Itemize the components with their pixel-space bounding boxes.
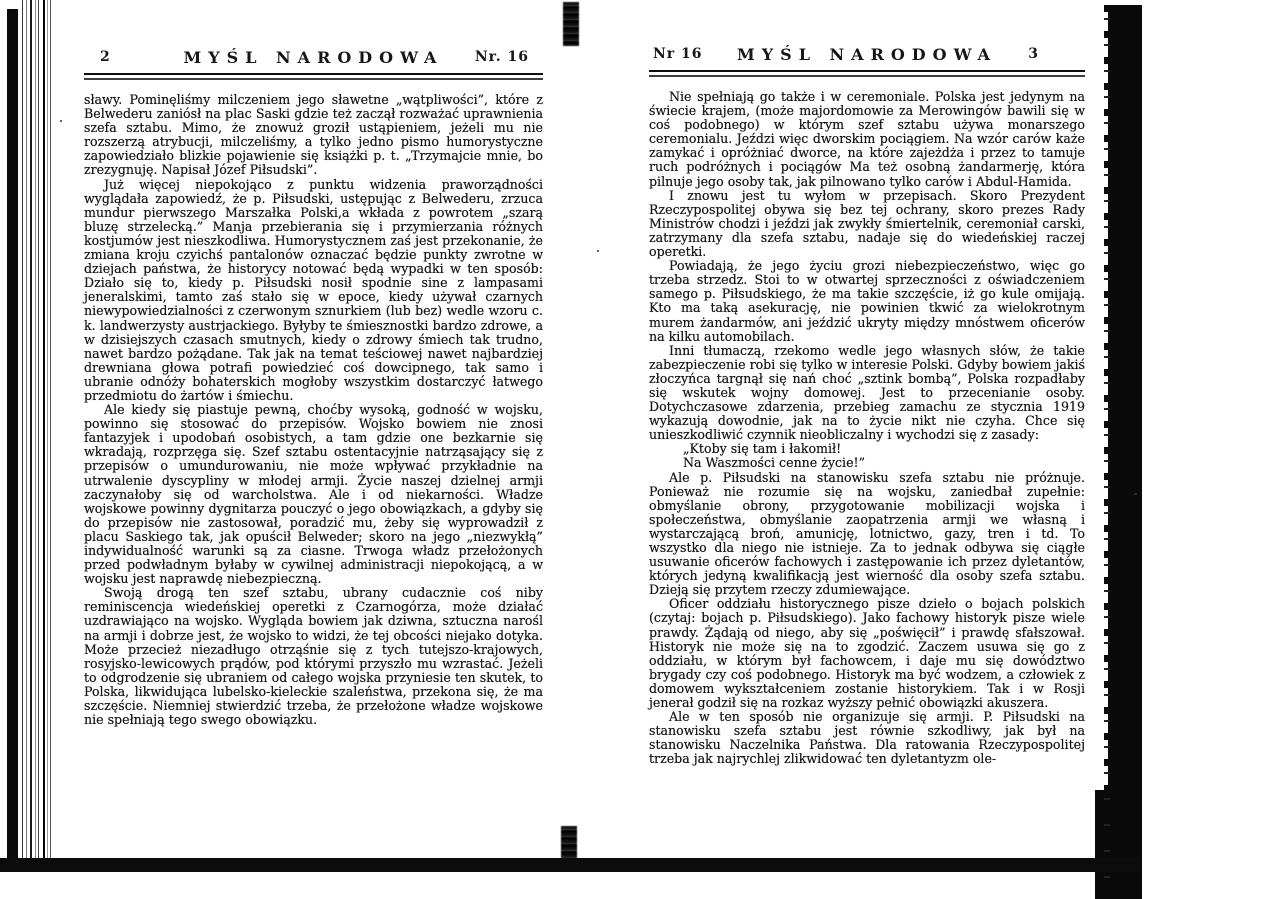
page-edge-line [22, 0, 23, 872]
page-edge-line [35, 0, 36, 872]
right-page-header: Nr 16 MYŚL NARODOWA 3 [649, 45, 1085, 67]
header-rule [84, 73, 543, 80]
paragraph: Powiadają, że jego życiu grozi niebezpie… [649, 259, 1085, 344]
scan-speck [1134, 493, 1137, 495]
verse-line: Na Waszmości cenne życie!” [683, 456, 1085, 470]
right-page-text: Nie spełniają go także i w ceremoniale. … [649, 90, 1085, 767]
paragraph: Nie spełniają go także i w ceremoniale. … [649, 90, 1085, 189]
header-rule [649, 70, 1085, 77]
left-page-text: sławy. Pominęliśmy milczeniem jego sławe… [84, 93, 543, 727]
left-scanner-bar [7, 9, 18, 870]
page-edge-line [43, 0, 45, 872]
journal-title: MYŚL NARODOWA [649, 45, 1085, 64]
staple-mark-top [563, 2, 579, 46]
paragraph: Oficer oddziału historycznego pisze dzie… [649, 597, 1085, 710]
right-binding-bar-noise [1104, 5, 1110, 899]
paragraph: sławy. Pominęliśmy milczeniem jego sławe… [84, 93, 543, 178]
paragraph: Inni tłumaczą, rzekomo wedle jego własny… [649, 344, 1085, 443]
page-edge-line [26, 0, 27, 872]
page-edge-line [47, 0, 48, 872]
right-page: Nr 16 MYŚL NARODOWA 3 Nie spełniają go t… [649, 45, 1085, 767]
verse-line: „Ktoby się tam i łakomił! [683, 442, 1085, 456]
paragraph: Swoją drogą ten szef sztabu, ubrany cuda… [84, 586, 543, 727]
issue-number: Nr. 16 [475, 49, 529, 65]
staple-mark-bottom [561, 826, 577, 859]
bottom-scanner-bar [0, 858, 1140, 872]
left-page-header: 2 MYŚL NARODOWA Nr. 16 [84, 48, 543, 70]
paragraph: Już więcej niepokojąco z punktu widzenia… [84, 178, 543, 404]
page-edge-line [30, 0, 32, 872]
paragraph: Ale w ten sposób nie organizuje się armj… [649, 710, 1085, 766]
right-binding-bar [1108, 5, 1142, 899]
page-number: 3 [1028, 46, 1039, 62]
fanned-page-edges [20, 0, 54, 872]
scan-speck [60, 120, 62, 122]
right-binding-bar-bottom [1095, 790, 1142, 899]
left-page: 2 MYŚL NARODOWA Nr. 16 sławy. Pominęliśm… [84, 48, 543, 727]
paragraph: Ale kiedy się piastuje pewną, choćby wys… [84, 403, 543, 586]
paragraph: I znowu jest tu wyłom w przepisach. Skor… [649, 189, 1085, 259]
page-edge-line [38, 0, 39, 872]
page-edge-line [50, 0, 51, 872]
paragraph: Ale p. Piłsudski na stanowisku szefa szt… [649, 471, 1085, 598]
scan-speck [597, 250, 599, 252]
